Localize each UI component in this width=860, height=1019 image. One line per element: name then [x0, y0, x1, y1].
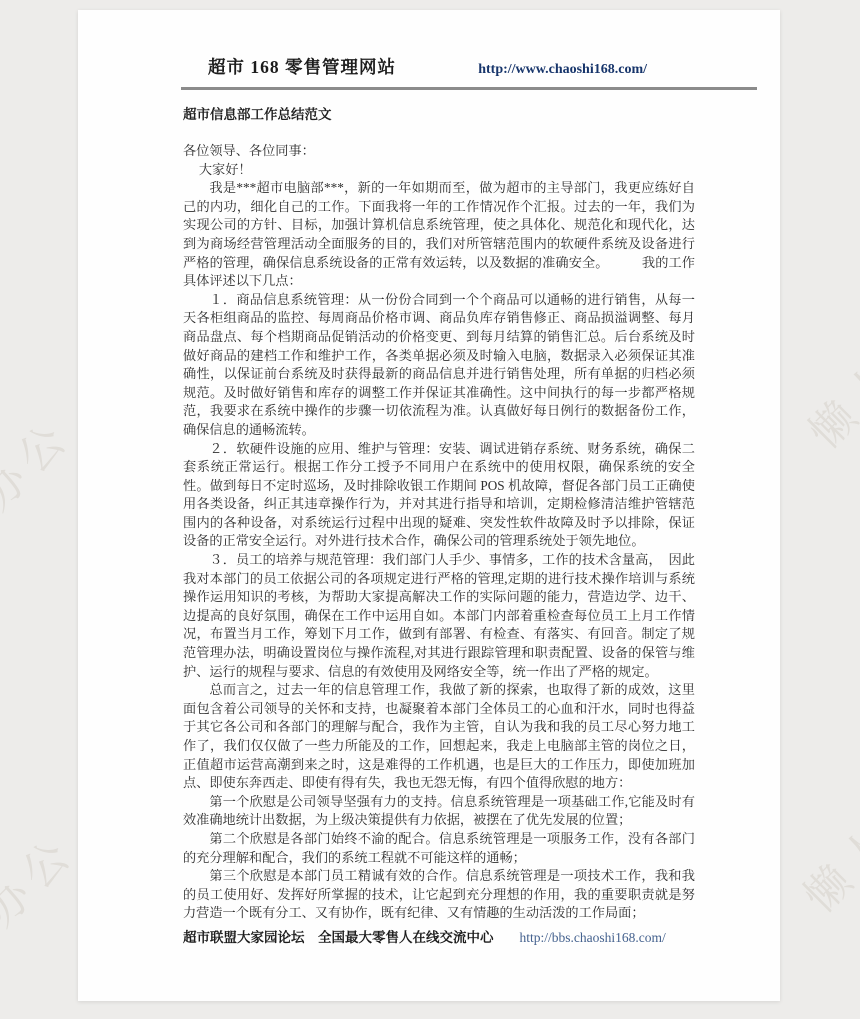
- paragraph: 第一个欣慰是公司领导坚强有力的支持。信息系统管理是一项基础工作,它能及时有效准确…: [183, 793, 695, 830]
- watermark-text-bottom-left: 办公: [0, 818, 87, 938]
- document-title: 超市信息部工作总结范文: [183, 103, 780, 123]
- footer-forum-title: 超市联盟大家园论坛 全国最大零售人在线交流中心: [183, 926, 494, 946]
- paragraph: 第二个欣慰是各部门始终不渝的配合。信息系统管理是一项服务工作，没有各部门的充分理…: [183, 830, 695, 867]
- paragraph: １．商品信息系统管理：从一份份合同到一个个商品可以通畅的进行销售，从每一天各柜组…: [183, 291, 695, 440]
- paragraph: 第三个欣慰是本部门员工精诚有效的合作。信息系统管理是一项技术工作，我和我的员工使…: [183, 867, 695, 923]
- watermark-text-right: 懒人: [792, 340, 860, 460]
- footer-url-link[interactable]: http://bbs.chaoshi168.com/: [520, 930, 666, 946]
- paragraph: ３．员工的培养与规范管理：我们部门人手少、事情多，工作的技术含量高， 因此我对本…: [183, 551, 695, 681]
- paragraph: 大家好！: [183, 161, 695, 180]
- paragraph: 各位领导、各位同事：: [183, 142, 695, 161]
- paragraph: 我是***超市电脑部***，新的一年如期而至，做为超市的主导部门，我更应练好自己…: [183, 179, 695, 291]
- site-url-link[interactable]: http://www.chaoshi168.com/: [478, 62, 647, 78]
- page-header: 超市 168 零售管理网站 http://www.chaoshi168.com/: [181, 54, 757, 90]
- desktop-background: 办公 懒人 懒人 办公 超市 168 零售管理网站 http://www.cha…: [0, 0, 860, 1019]
- document-page: 超市 168 零售管理网站 http://www.chaoshi168.com/…: [78, 10, 780, 1001]
- paragraph: ２．软硬件设施的应用、维护与管理：安装、调试进销存系统、财务系统，确保二套系统正…: [183, 440, 695, 552]
- paragraph: 总而言之，过去一年的信息管理工作，我做了新的探索，也取得了新的成效，这里面包含着…: [183, 681, 695, 793]
- document-body: 各位领导、各位同事：大家好！我是***超市电脑部***，新的一年如期而至，做为超…: [183, 142, 695, 924]
- watermark-text-left: 办公: [0, 402, 83, 522]
- page-footer: 超市联盟大家园论坛 全国最大零售人在线交流中心 http://bbs.chaos…: [183, 926, 666, 946]
- watermark-text-bottom-right: 懒人: [787, 804, 860, 924]
- paragraph: 第四个欣慰的是自己一直保持着强烈的敬业精神。对我来讲，信息系统管理是一项十分深奥…: [183, 923, 695, 924]
- site-title: 超市 168 零售管理网站: [181, 54, 396, 79]
